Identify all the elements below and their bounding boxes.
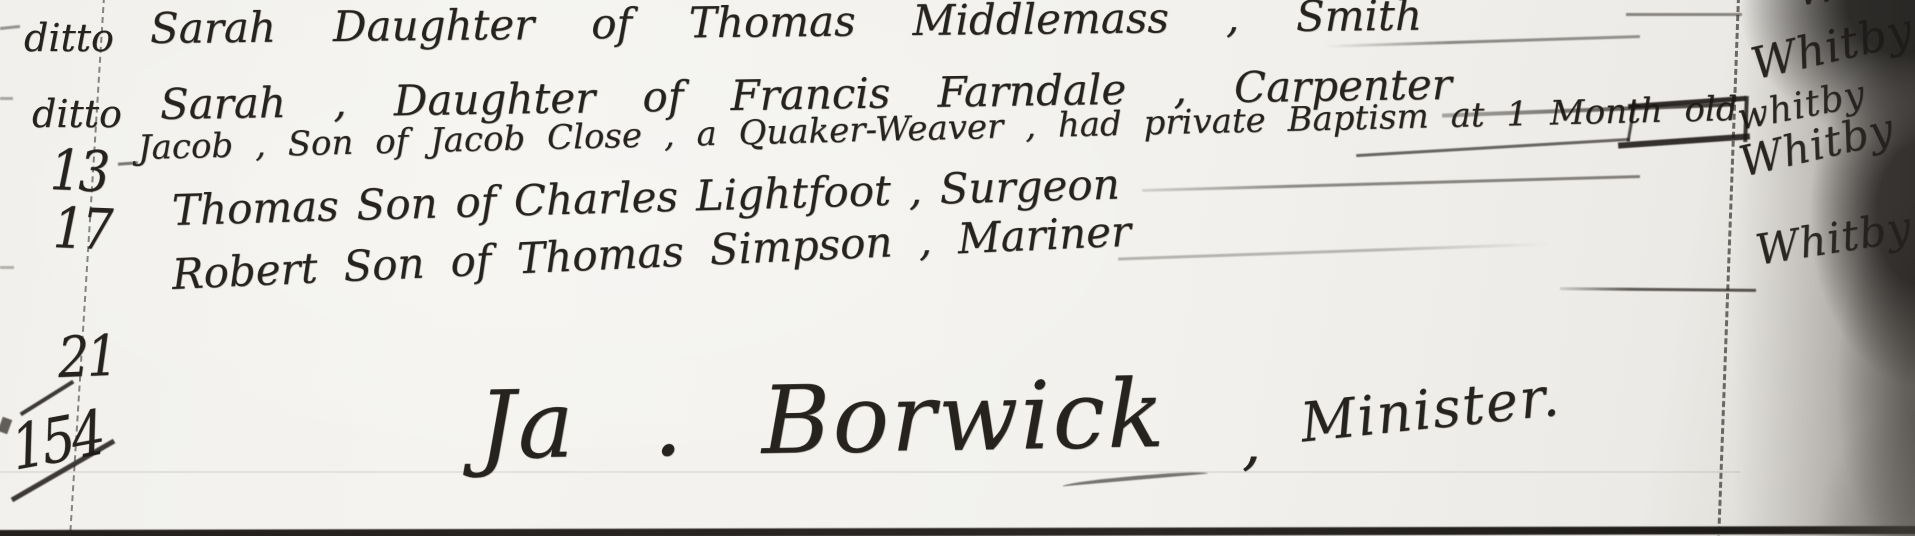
day-cell-row4: 17	[52, 196, 111, 263]
signature-separator: ,	[1242, 408, 1261, 478]
register-page-scan: ditto ditto 13 17 21 154 Sarah Daughter …	[0, 0, 1915, 536]
baptism-note-underline	[1356, 138, 1630, 157]
left-margin-mark-2	[0, 97, 13, 100]
entry-row-middlemass: Sarah Daughter of Thomas Middlemass , Sm…	[150, 0, 1422, 52]
left-margin-mark-1	[0, 25, 20, 30]
place-column-row-line-top	[1626, 13, 1742, 16]
month-old-box-bottom	[1618, 133, 1750, 148]
place-cell-row5: Whitby	[1752, 202, 1915, 275]
day-cell-row1: ditto	[24, 16, 114, 60]
bottom-edge-rule	[0, 526, 1915, 536]
minister-signature: Ja . Borwick	[477, 360, 1167, 481]
jacob-leading-dash	[118, 161, 138, 165]
surgeon-trailing-dash	[1142, 175, 1640, 192]
minister-title: Minister.	[1297, 365, 1563, 455]
day-cell-row2: ditto	[32, 92, 122, 136]
paper-crease-line	[0, 471, 1740, 473]
left-margin-mark-3	[0, 266, 14, 269]
place-cell-row2: Whitby	[1746, 4, 1915, 91]
mariner-trailing-dash	[1118, 242, 1550, 260]
place-column-row-line-mid	[1560, 287, 1756, 292]
day-cell-row3: 13	[49, 138, 108, 205]
place-column-rule	[1717, 0, 1740, 536]
day-cell-row5: 21	[57, 324, 116, 391]
